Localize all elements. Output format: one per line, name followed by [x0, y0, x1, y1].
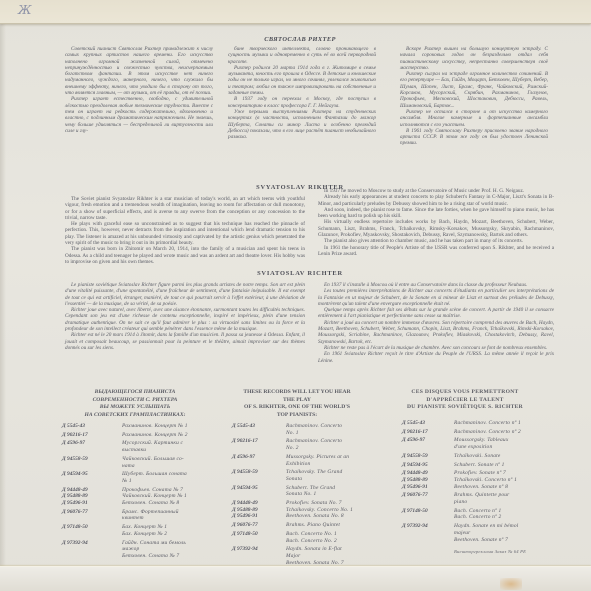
record-title: Чайковский. Большая со-ната: [122, 456, 222, 469]
record-title-line: Brahms. Piano Quintet: [286, 522, 382, 529]
record-title-line: выставки: [122, 447, 222, 454]
catalog-number: Д 94594-95: [62, 471, 122, 484]
record-title-line: Бетховен. Соната № 8: [122, 500, 222, 507]
record-title: Rachmaninov. ConcertoNo. 2: [286, 438, 382, 451]
french-heading: SVIATOSLAV RICHTER: [200, 270, 400, 277]
record-list-item: Д 94594-95Schubert. The GrandSonata No. …: [232, 485, 382, 498]
heading-line: ВЫ МОЖЕТЕ УСЛЫШАТЬ: [50, 404, 220, 412]
paragraph: Le pianiste soviétique Sviatoslav Richte…: [65, 282, 305, 307]
record-list-item: Д 5545-43Rachmaninov. Concerto nº 1: [402, 420, 562, 427]
record-list-item: Д 4596-97Moussorgsky. Tableauxd'une expo…: [402, 437, 562, 450]
record-title-line: Бетховен. Соната № 7: [122, 553, 222, 560]
heading-line: CES DISQUES VOUS PERMETTRONT: [385, 389, 545, 397]
record-title: Шуберт. Большая соната№ 1: [122, 471, 222, 484]
record-list-item: Д 94558-59Чайковский. Большая со-ната: [62, 456, 222, 469]
record-title-line: Rachmaninov. Concerto: [286, 438, 382, 445]
catalog-number: Д 94448-49: [62, 487, 122, 494]
record-title-line: piano: [454, 499, 562, 506]
heading-line: ВЫДАЮЩЕГОСЯ ПИАНИСТА: [50, 389, 220, 397]
record-list-item: Д 97148-50Bach. Concerto No. 1Bach. Conc…: [232, 531, 382, 544]
catalog-number: Д 4596-97: [62, 440, 122, 453]
catalog-number: Д 94448-49: [232, 500, 286, 507]
record-title-line: Beethoven. Sonate nº 7: [454, 537, 562, 544]
record-title: Rachmaninov. ConcertoNo. 1: [286, 423, 382, 436]
catalog-number: Д 94558-59: [232, 469, 286, 482]
french-records-list: Д 5545-43Rachmaninov. Concerto nº 1Д 902…: [402, 420, 562, 545]
record-title-line: Exhibition: [286, 461, 382, 468]
paragraph: Рихтер не остался в стороне и от искусст…: [400, 109, 548, 128]
record-title-line: мажор: [122, 546, 222, 553]
printer-imprint: Внешторгреклама Заказ № 64 РЕ: [454, 549, 526, 554]
record-title-line: Rachmaninov. Concerto: [286, 423, 382, 430]
record-list-item: Д 96076-77Брамс. Фортепианныйквинтет: [62, 509, 222, 522]
record-list-item: Д 94558-59Tchaïkovski. Sonate: [402, 453, 562, 460]
paragraph: Вскоре Рихтер вышел на большую концертну…: [400, 46, 548, 71]
paragraph: The Soviet pianist Svyatoslav Rikhter is…: [65, 196, 305, 221]
paragraph: The pianist also gives attention to cham…: [318, 238, 554, 244]
record-title: Брамс. Фортепианныйквинтет: [122, 509, 222, 522]
catalog-number: Д 95488-89: [62, 493, 122, 500]
record-list-item: Д 5545-43Рахманинов. Концерт № 1: [62, 423, 222, 430]
record-title-line: Гайдн. Соната ми бемоль: [122, 540, 222, 547]
record-title-line: Haydn. Sonate en mi bémol: [454, 523, 562, 530]
record-list-item: Д 94448-49Prokofiev. Sonate nº 7: [402, 470, 562, 477]
record-title-line: Рахманинов. Концерт № 1: [122, 423, 222, 430]
record-title-line: Мусоргский. Картинки с: [122, 440, 222, 447]
catalog-number: Д 95488-89: [402, 477, 454, 484]
record-list-item: Д 90216-17Rachmaninov. ConcertoNo. 2: [232, 438, 382, 451]
record-title: Tchaïkovski. Concerto nº 1: [454, 477, 562, 484]
record-title: Mussorgsky. Pictures at anExhibition: [286, 454, 382, 467]
record-title: Schubert. Sonate nº 1: [454, 462, 562, 469]
record-list-item: Д 96076-77Brahms. Piano Quintet: [232, 522, 382, 529]
record-title-line: Beethoven. Sonata No. 8: [286, 513, 382, 520]
catalog-number: Д 90216-17: [402, 429, 454, 436]
record-title-line: Bach. Concerto nº 1: [454, 508, 562, 515]
record-title-line: Tchaïkovski. Concerto nº 1: [454, 477, 562, 484]
record-title-line: Prokofiev. Sonata No. 7: [286, 500, 382, 507]
record-list-item: Д 97392-94Haydn. Sonata in E-flatMajorBe…: [232, 546, 382, 566]
paragraph: En 1961 Sviatoslav Richter reçoit le tit…: [318, 351, 554, 364]
record-title: Brahms. Piano Quintet: [286, 522, 382, 529]
paragraph: He plays with graceful ease so unconstra…: [65, 221, 305, 246]
record-title-line: Чайковский. Большая со-: [122, 456, 222, 463]
heading-line: OF S. RIKHTER, ONE OF THE WORLD'S: [222, 404, 372, 412]
record-title: Мусоргский. Картинки свыставки: [122, 440, 222, 453]
catalog-number: Д 94448-49: [402, 470, 454, 477]
record-title: Бах. Концерт № 1Бах. Концерт № 2: [122, 524, 222, 537]
record-list-item: Д 90216-17Rachmaninov. Concerto nº 2: [402, 429, 562, 436]
record-title-line: Rachmaninov. Concerto nº 2: [454, 429, 562, 436]
record-list-item: Д 94448-49Prokofiev. Sonata No. 7: [232, 500, 382, 507]
record-list-item: Д 94594-95Schubert. Sonate nº 1: [402, 462, 562, 469]
russian-text-column-2: бине творческого интеллекта, словно прон…: [228, 46, 376, 140]
record-title-line: No. 2: [286, 445, 382, 452]
catalog-number: Д 97392-94: [402, 523, 454, 543]
record-title: Rachmaninov. Concerto nº 1: [454, 420, 562, 427]
record-title-line: Бах. Концерт № 2: [122, 531, 222, 538]
french-text-column-1: Le pianiste soviétique Sviatoslav Richte…: [65, 282, 305, 351]
record-title-line: Brahms. Quintette pour: [454, 492, 562, 499]
record-title-line: Beethoven. Sonate nº 8: [454, 484, 562, 491]
paragraph: Already his early appearances at student…: [318, 194, 554, 207]
heading-line: TOP PIANISTS:: [222, 412, 372, 420]
paragraph: Уже первыми выступлениями Рихтера на сту…: [228, 109, 376, 140]
record-title-line: Schubert. Sonate nº 1: [454, 462, 562, 469]
record-title-line: Рахманинов. Концерт № 2: [122, 432, 222, 439]
record-list-item: Д 95488-89Чайковский. Концерт № 1: [62, 493, 222, 500]
paragraph: And soon, indeed, the pianist rose to fa…: [318, 207, 554, 220]
record-title-line: Moussorgsky. Tableaux: [454, 437, 562, 444]
catalog-number: Д 4596-97: [232, 454, 286, 467]
english-records-heading: THESE RECORDS WILL LET YOU HEARTHE PLAYO…: [222, 389, 372, 419]
record-title: Гайдн. Соната ми бемольмажорБетховен. Со…: [122, 540, 222, 560]
catalog-number: Д 95488-89: [232, 507, 286, 514]
catalog-number: Д 5545-43: [62, 423, 122, 430]
russian-records-heading: ВЫДАЮЩЕГОСЯ ПИАНИСТАСОВРЕМЕННОСТИ С. РИХ…: [50, 389, 220, 419]
record-list-item: Д 97392-94Haydn. Sonate en mi bémolmajeu…: [402, 523, 562, 543]
catalog-number: Д 95496-91: [402, 484, 454, 491]
record-list-item: Д 90216-17Рахманинов. Концерт № 2: [62, 432, 222, 439]
record-title-line: Schubert. The Grand: [286, 485, 382, 492]
record-title: Tchaïkovski. Sonate: [454, 453, 562, 460]
handwritten-mark: Ж: [18, 3, 30, 17]
russian-heading: СВЯТОСЛАВ РИХТЕР: [200, 36, 400, 43]
record-title: Beethoven. Sonate nº 8: [454, 484, 562, 491]
record-sleeve-back: Ж СВЯТОСЛАВ РИХТЕР Советский пианист Свя…: [0, 0, 591, 591]
record-title-line: Tchaikovsky. Concerto No. 1: [286, 507, 382, 514]
record-title-line: № 1: [122, 478, 222, 485]
record-title: Beethoven. Sonata No. 8: [286, 513, 382, 520]
record-title: Moussorgsky. Tableauxd'une exposition: [454, 437, 562, 450]
english-text-column-2: In 1937 he moved to Moscow to study at t…: [318, 188, 554, 257]
paragraph: Richter joue avec naturel, avec liberté,…: [65, 307, 305, 332]
record-title-line: Чайковский. Концерт № 1: [122, 493, 222, 500]
record-title: Prokofiev. Sonata No. 7: [286, 500, 382, 507]
record-title-line: Major: [286, 553, 382, 560]
paragraph: Richter a joué au concert un nombre imme…: [318, 320, 554, 345]
french-text-column-2: En 1937 il s'installe à Moscou où il ent…: [318, 282, 554, 364]
record-title: Brahms. Quintette pourpiano: [454, 492, 562, 505]
record-list-item: Д 4596-97Мусоргский. Картинки свыставки: [62, 440, 222, 453]
catalog-number: Д 5545-43: [402, 420, 454, 427]
record-title-line: Sonata: [286, 476, 382, 483]
record-title: Schubert. The GrandSonata No. 1: [286, 485, 382, 498]
record-list-item: Д 97148-50Бах. Концерт № 1Бах. Концерт №…: [62, 524, 222, 537]
record-title: Рахманинов. Концерт № 1: [122, 423, 222, 430]
paragraph: Рихтер играет естественно, свободно, с у…: [65, 96, 213, 134]
catalog-number: Д 96076-77: [62, 509, 122, 522]
record-title-line: No. 1: [286, 430, 382, 437]
english-records-list: Д 5545-43Rachmaninov. ConcertoNo. 1Д 902…: [232, 423, 382, 568]
catalog-number: Д 94594-95: [232, 485, 286, 498]
paragraph: В 1961 году Святославу Рихтеру присвоено…: [400, 128, 548, 147]
catalog-number: Д 90216-17: [62, 432, 122, 439]
record-list-item: Д 5545-43Rachmaninov. ConcertoNo. 1: [232, 423, 382, 436]
paragraph: The pianist was born in Zhitomir on Marc…: [65, 246, 305, 265]
paragraph: Richter est né le 20 mars 1914 à Jitomir…: [65, 332, 305, 351]
record-title: Bach. Concerto nº 1Bach. Concerto nº 2: [454, 508, 562, 521]
catalog-number: Д 90216-17: [232, 438, 286, 451]
french-records-heading: CES DISQUES VOUS PERMETTRONTD'APPRÉCIER …: [385, 389, 545, 412]
catalog-number: Д 5545-43: [232, 423, 286, 436]
paragraph: Советский пианист Святослав Рихтер прина…: [65, 46, 213, 96]
record-list-item: Д 95488-89Tchaikovsky. Concerto No. 1: [232, 507, 382, 514]
stain-mark: [500, 578, 522, 590]
heading-line: THESE RECORDS WILL LET YOU HEAR: [222, 389, 372, 397]
record-title-line: Брамс. Фортепианный: [122, 509, 222, 516]
record-list-item: Д 95488-89Tchaïkovski. Concerto nº 1: [402, 477, 562, 484]
catalog-number: Д 97392-94: [62, 540, 122, 560]
record-title-line: ната: [122, 463, 222, 470]
paragraph: Рихтер сыграл на эстраде огромное количе…: [400, 71, 548, 109]
record-title: Рахманинов. Концерт № 2: [122, 432, 222, 439]
record-title-line: квинтет: [122, 515, 222, 522]
record-list-item: Д 95496-91Бетховен. Соната № 8: [62, 500, 222, 507]
heading-line: DU PIANISTE SOVIÉTIQUE S. RICHTER: [385, 404, 545, 412]
paragraph: В 1937 году он переехал в Москву, где по…: [228, 96, 376, 109]
paragraph: In 1961 the honorary title of People's A…: [318, 245, 554, 258]
catalog-number: Д 97392-94: [232, 546, 286, 566]
catalog-number: Д 97148-50: [402, 508, 454, 521]
catalog-number: Д 95496-91: [232, 513, 286, 520]
record-title-line: Bach. Concerto nº 2: [454, 514, 562, 521]
heading-line: СОВРЕМЕННОСТИ С. РИХТЕРА: [50, 397, 220, 405]
record-list-item: Д 95496-91Beethoven. Sonata No. 8: [232, 513, 382, 520]
record-list-item: Д 96076-77Brahms. Quintette pourpiano: [402, 492, 562, 505]
catalog-number: Д 95496-91: [62, 500, 122, 507]
english-text-column-1: The Soviet pianist Svyatoslav Rikhter is…: [65, 196, 305, 265]
sleeve-edge-shadow: [0, 24, 6, 566]
record-list-item: Д 94594-95Шуберт. Большая соната№ 1: [62, 471, 222, 484]
record-title: Prokofiev. Sonate nº 7: [454, 470, 562, 477]
catalog-number: Д 96076-77: [402, 492, 454, 505]
record-title: Чайковский. Концерт № 1: [122, 493, 222, 500]
catalog-number: Д 94594-95: [402, 462, 454, 469]
record-title-line: Шуберт. Большая соната: [122, 471, 222, 478]
catalog-number: Д 4596-97: [402, 437, 454, 450]
paragraph: Les toutes premières interprétations de …: [318, 288, 554, 307]
paragraph: Рихтер родился 20 марта 1914 года в г. Ж…: [228, 65, 376, 96]
record-title: Tchaikovsky. The GrandSonata: [286, 469, 382, 482]
record-title-line: Prokofiev. Sonate nº 7: [454, 470, 562, 477]
record-title-line: Haydn. Sonata in E-flat: [286, 546, 382, 553]
record-title-line: Mussorgsky. Pictures at an: [286, 454, 382, 461]
paragraph: Quelque temps après Richter fait ses déb…: [318, 307, 554, 320]
heading-line: THE PLAY: [222, 397, 372, 405]
record-title-line: majeur: [454, 530, 562, 537]
catalog-number: Д 97148-50: [62, 524, 122, 537]
catalog-number: Д 94558-59: [62, 456, 122, 469]
russian-records-list: Д 5545-43Рахманинов. Концерт № 1Д 90216-…: [62, 423, 222, 562]
record-title: Tchaikovsky. Concerto No. 1: [286, 507, 382, 514]
heading-line: НА СОВЕТСКИХ ГРАМПЛАСТИНКАХ:: [50, 412, 220, 420]
record-title: Haydn. Sonata in E-flatMajorBeethoven. S…: [286, 546, 382, 566]
record-list-item: Д 97392-94Гайдн. Соната ми бемольмажорБе…: [62, 540, 222, 560]
record-title: Бетховен. Соната № 8: [122, 500, 222, 507]
catalog-number: Д 97148-50: [232, 531, 286, 544]
record-title: Haydn. Sonate en mi bémolmajeurBeethoven…: [454, 523, 562, 543]
russian-text-column-3: Вскоре Рихтер вышел на большую концертну…: [400, 46, 548, 147]
record-list-item: Д 94558-59Tchaikovsky. The GrandSonata: [232, 469, 382, 482]
record-list-item: Д 4596-97Mussorgsky. Pictures at anExhib…: [232, 454, 382, 467]
record-title: Bach. Concerto No. 1Bach. Concerto No. 2: [286, 531, 382, 544]
record-title: Rachmaninov. Concerto nº 2: [454, 429, 562, 436]
russian-text-column-1: Советский пианист Святослав Рихтер прина…: [65, 46, 213, 134]
record-title-line: Бах. Концерт № 1: [122, 524, 222, 531]
record-title-line: Bach. Concerto No. 1: [286, 531, 382, 538]
record-title-line: Sonata No. 1: [286, 491, 382, 498]
paragraph: бине творческого интеллекта, словно прон…: [228, 46, 376, 65]
record-title-line: Tchaikovsky. The Grand: [286, 469, 382, 476]
record-title-line: Rachmaninov. Concerto nº 1: [454, 420, 562, 427]
record-list-item: Д 97148-50Bach. Concerto nº 1Bach. Conce…: [402, 508, 562, 521]
paragraph: His virtually endless repertoire include…: [318, 219, 554, 238]
record-title-line: Bach. Concerto No. 2: [286, 538, 382, 545]
record-list-item: Д 95496-91Beethoven. Sonate nº 8: [402, 484, 562, 491]
catalog-number: Д 94558-59: [402, 453, 454, 460]
top-flap: Ж: [0, 0, 591, 24]
record-title-line: Tchaïkovski. Sonate: [454, 453, 562, 460]
record-title-line: d'une exposition: [454, 444, 562, 451]
catalog-number: Д 96076-77: [232, 522, 286, 529]
